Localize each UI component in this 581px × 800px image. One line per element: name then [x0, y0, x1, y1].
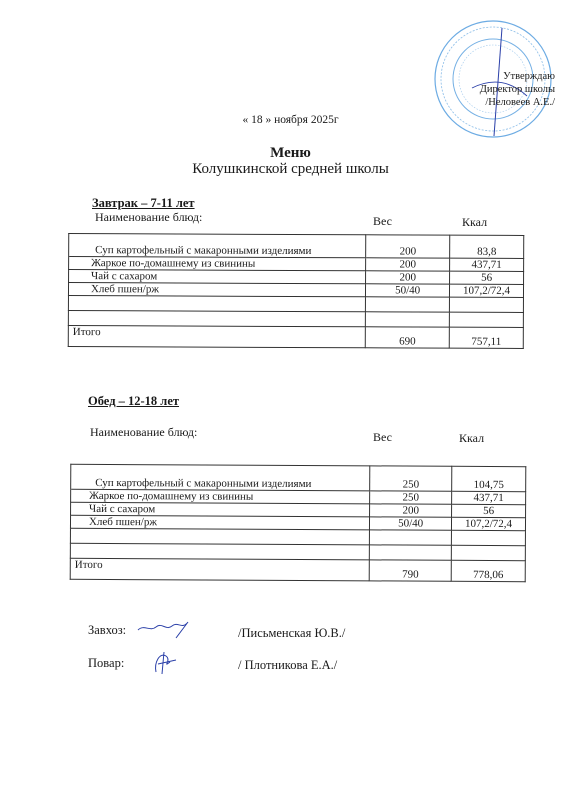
page-title: Меню	[0, 145, 581, 162]
dish-weight: 200	[366, 271, 450, 284]
table-row: Чай с сахаром 200 56	[69, 270, 524, 285]
total-kcal: 778,06	[451, 560, 525, 581]
total-kcal: 757,11	[449, 327, 523, 348]
total-label: Итого	[70, 558, 369, 581]
dish-kcal: 104,75	[452, 466, 526, 491]
breakfast-heading: Завтрак – 7-11 лет	[92, 196, 195, 211]
approval-line-position: Директор школы	[405, 83, 555, 96]
cook-name: / Плотникова Е.А./	[238, 658, 337, 673]
dish-weight: 200	[366, 258, 450, 271]
cook-label: Повар:	[88, 656, 124, 671]
breakfast-table: Суп картофельный с макаронными изделиями…	[68, 233, 524, 349]
dish-name: Жаркое по-домашнему из свинины	[69, 257, 366, 271]
dish-name: Хлеб пшен/рж	[70, 515, 369, 530]
dish-kcal: 56	[452, 504, 526, 517]
dish-name: Хлеб пшен/рж	[68, 283, 365, 297]
breakfast-col-kcal: Ккал	[462, 215, 487, 230]
dish-kcal: 437,71	[452, 491, 526, 504]
lunch-col-kcal: Ккал	[459, 431, 484, 446]
dish-weight: 50/40	[366, 284, 450, 297]
approval-line-approve: Утверждаю	[405, 70, 555, 83]
table-row-total: Итого 790 778,06	[70, 558, 525, 581]
menu-date: « 18 » ноября 2025г	[0, 114, 581, 126]
dish-weight: 50/40	[370, 517, 452, 530]
table-row-total: Итого 690 757,11	[68, 326, 523, 349]
dish-name: Жаркое по-домашнему из свинины	[71, 489, 370, 504]
lunch-col-weight: Вес	[373, 430, 392, 445]
dish-kcal: 437,71	[450, 258, 524, 271]
approval-block: Утверждаю Директор школы /Неловеев А.Е./	[405, 70, 555, 109]
lunch-heading: Обед – 12-18 лет	[88, 394, 179, 409]
dish-kcal: 56	[450, 271, 524, 284]
dish-weight: 200	[370, 504, 452, 517]
cook-signature-icon	[150, 648, 180, 676]
dish-name: Суп картофельный с макаронными изделиями	[69, 234, 366, 258]
lunch-table: Суп картофельный с макаронными изделиями…	[70, 464, 527, 582]
dish-weight: 200	[366, 235, 450, 258]
storekeeper-name: /Письменская Ю.В./	[238, 626, 345, 641]
total-weight: 790	[369, 560, 451, 581]
breakfast-col-name: Наименование блюд:	[95, 210, 202, 225]
dish-name: Суп картофельный с макаронными изделиями	[71, 464, 370, 491]
dish-name: Чай с сахаром	[69, 270, 366, 284]
total-weight: 690	[366, 327, 450, 348]
dish-kcal: 107,2/72,4	[450, 284, 524, 297]
storekeeper-label: Завхоз:	[88, 623, 126, 638]
dish-kcal: 83,8	[450, 235, 524, 258]
dish-kcal: 107,2/72,4	[452, 517, 526, 530]
breakfast-col-weight: Вес	[373, 214, 392, 229]
dish-name: Чай с сахаром	[71, 502, 370, 517]
total-label: Итого	[68, 326, 365, 348]
page-subtitle: Колушкинской средней школы	[0, 161, 581, 178]
storekeeper-signature-icon	[136, 618, 196, 640]
table-row: Жаркое по-домашнему из свинины 200 437,7…	[69, 257, 524, 272]
dish-weight: 250	[370, 466, 452, 491]
approval-line-name: /Неловеев А.Е./	[405, 96, 555, 109]
lunch-col-name: Наименование блюд:	[90, 425, 197, 440]
table-row: Хлеб пшен/рж 50/40 107,2/72,4	[68, 283, 523, 298]
dish-weight: 250	[370, 491, 452, 504]
table-row: Суп картофельный с макаронными изделиями…	[69, 234, 524, 259]
table-row: Суп картофельный с макаронными изделиями…	[71, 464, 526, 491]
